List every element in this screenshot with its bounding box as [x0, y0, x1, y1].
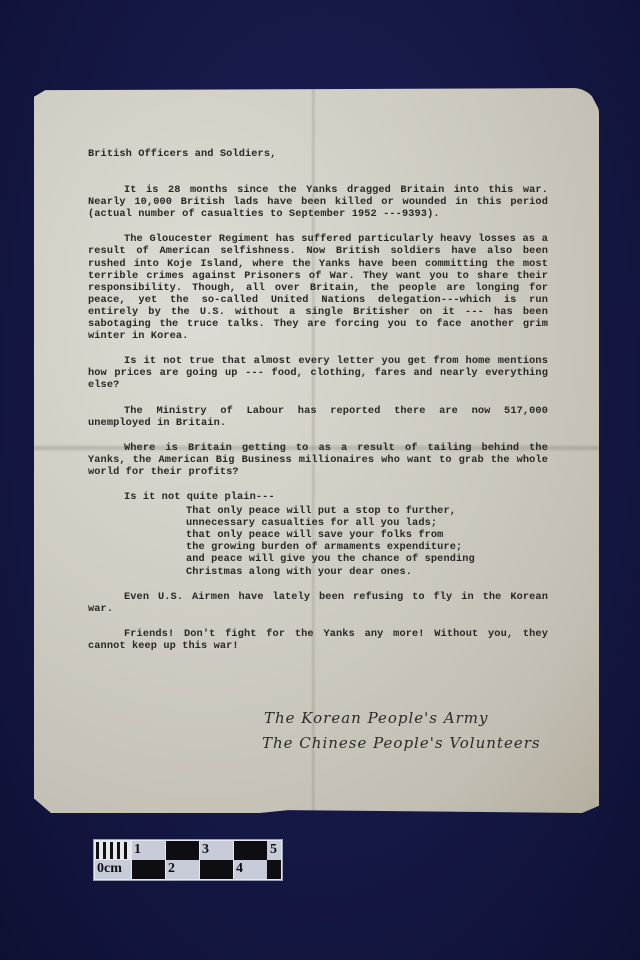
verse-line: unnecessary casualties for all you lads; [186, 517, 548, 529]
scale-label-4: 4 [236, 861, 243, 877]
peace-verse: That only peace will put a stop to furth… [186, 505, 548, 578]
scale-cell [200, 860, 233, 879]
paragraph-airmen: Even U.S. Airmen have lately been refusi… [88, 591, 548, 615]
verse-line: the growing burden of armaments expendit… [186, 541, 548, 553]
leaflet-text: British Officers and Soldiers, It is 28 … [88, 148, 548, 665]
scale-unit-label: 0cm [97, 861, 122, 877]
verse-line: Christmas along with your dear ones. [186, 566, 548, 578]
scale-label-3: 3 [202, 842, 209, 858]
paragraph-unemployment: The Ministry of Labour has reported ther… [88, 405, 548, 429]
greeting: British Officers and Soldiers, [88, 148, 548, 160]
paragraph-prices: Is it not true that almost every letter … [88, 355, 548, 391]
verse-line: that only peace will save your folks fro… [186, 529, 548, 541]
paragraph-big-business: Where is Britain getting to as a result … [88, 442, 548, 478]
scale-label-5: 5 [270, 842, 277, 858]
signature-cpv: The Chinese People's Volunteers [262, 731, 541, 756]
verse-line: and peace will give you the chance of sp… [186, 553, 548, 565]
scale-cell [267, 860, 281, 879]
paragraph-casualties: It is 28 months since the Yanks dragged … [88, 184, 548, 220]
verse-line: That only peace will put a stop to furth… [186, 505, 548, 517]
signature-kpa: The Korean People's Army [262, 706, 541, 731]
plain-lead: Is it not quite plain--- [124, 491, 548, 503]
signature-block: The Korean People's Army The Chinese Peo… [262, 706, 541, 756]
scale-cell [166, 841, 199, 860]
paragraph-gloucester: The Gloucester Regiment has suffered par… [88, 233, 548, 342]
mm-ticks [96, 842, 130, 859]
scale-label-2: 2 [168, 861, 175, 877]
paragraph-friends: Friends! Don't fight for the Yanks any m… [88, 628, 548, 652]
scale-bar: 1 3 5 0cm 2 4 [93, 839, 283, 881]
scale-cell [234, 841, 267, 860]
scale-cell [132, 860, 165, 879]
scale-label-1: 1 [134, 842, 141, 858]
